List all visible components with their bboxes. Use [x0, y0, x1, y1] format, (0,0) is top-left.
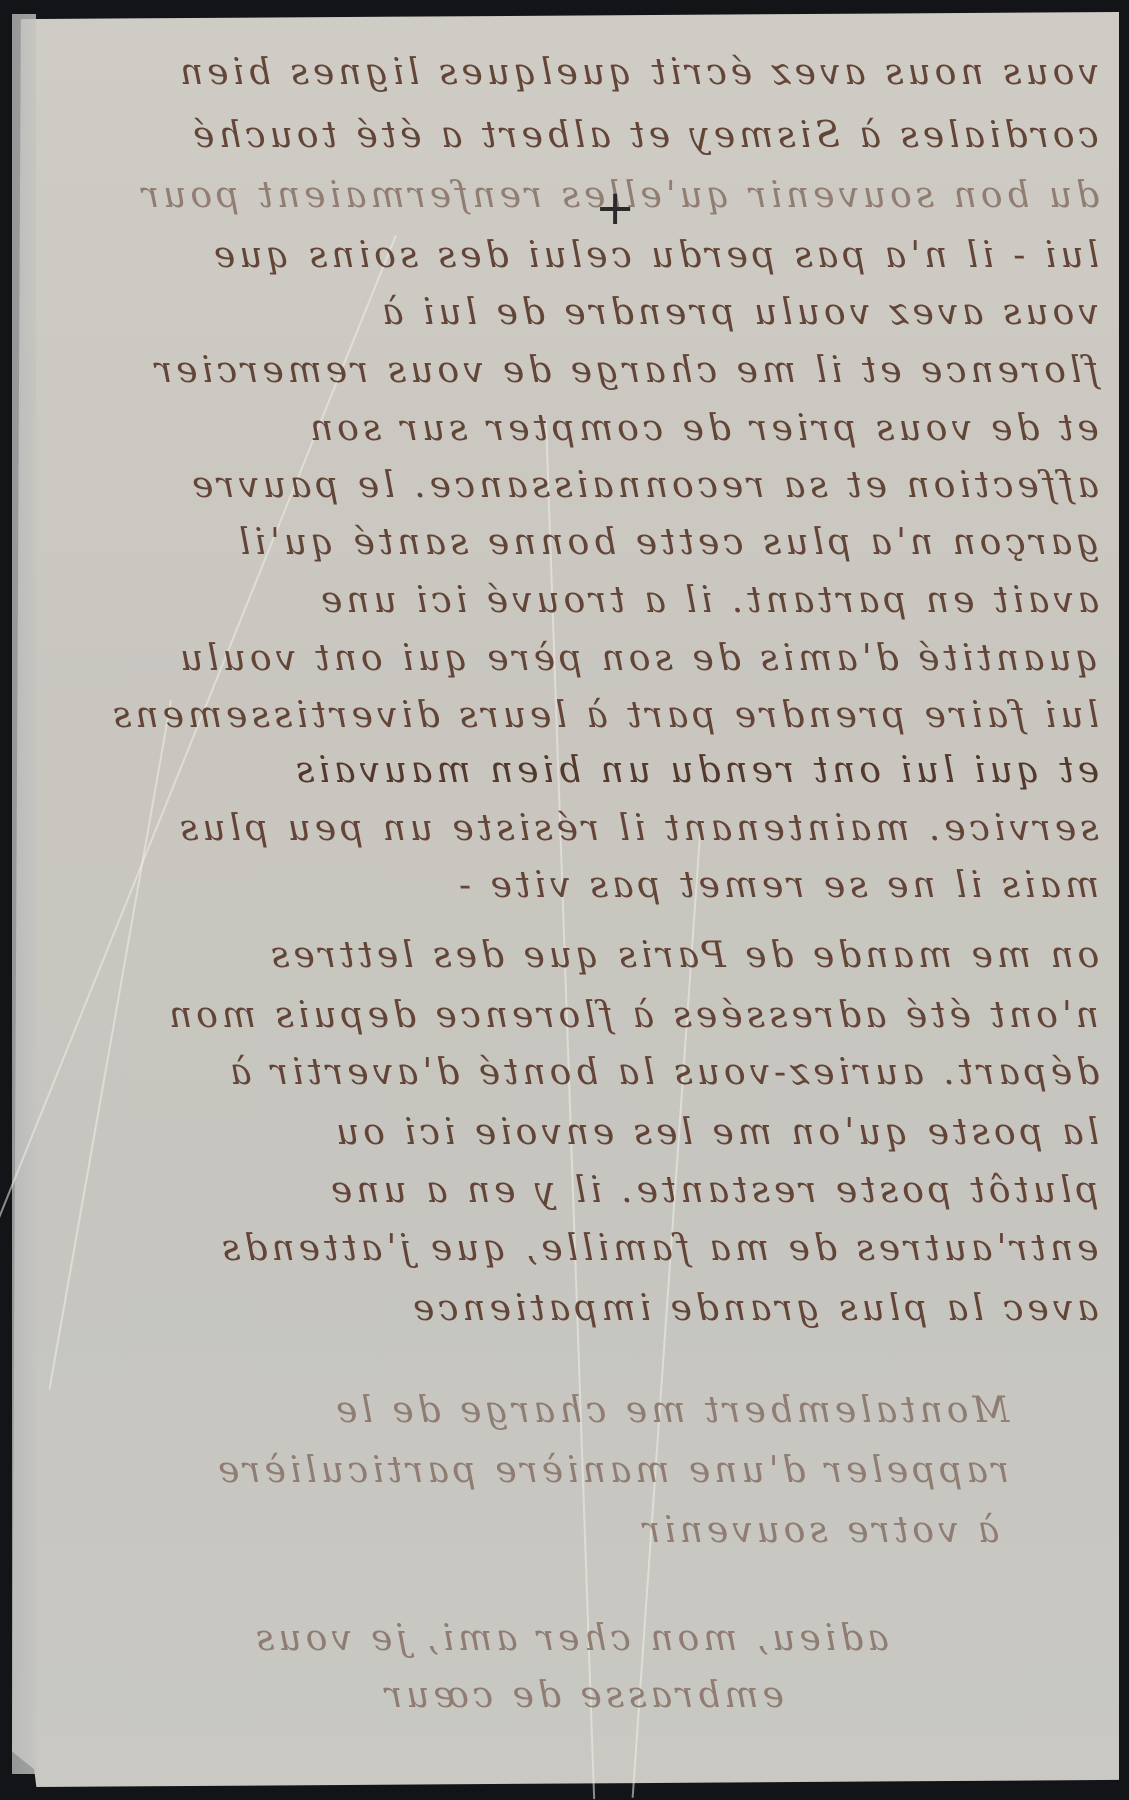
- letter-line: adieu, mon cher ami, je vous: [252, 1618, 889, 1659]
- letter-line: on me mande de Paris que des lettres: [267, 935, 1099, 976]
- letter-line: plutôt poste restante. il y en a une: [327, 1170, 1099, 1211]
- letter-line: cordiales à Sismey et albert a été touch…: [189, 115, 1099, 156]
- letter-line: et qui lui ont rendu un bien mauvais: [292, 750, 1099, 791]
- letter-line: vous avez voulu prendre de lui à: [378, 292, 1099, 333]
- letter-line: à votre souvenir: [639, 1510, 999, 1551]
- letter-line: n'ont été adressées à florence depuis mo…: [165, 995, 1099, 1036]
- letter-line: vous nous avez écrit quelques lignes bie…: [176, 52, 1099, 93]
- letter-line: affection et sa reconnaissance. le pauvr…: [188, 465, 1099, 506]
- letter-line: entr'autres de ma famille, que j'attends: [218, 1228, 1099, 1269]
- letter-line: embrasse de cœur: [381, 1675, 784, 1716]
- stray-cross-mark: +: [595, 180, 635, 236]
- letter-line: et de vous prier de compter sur son: [306, 408, 1099, 449]
- letter-line: florence et il me charge de vous remerci…: [151, 350, 1099, 391]
- letter-line: la poste qu'on me les envoie ici ou: [332, 1112, 1099, 1153]
- letter-line: rappeler d'une manière particulière: [214, 1450, 1009, 1491]
- letter-body: vous nous avez écrit quelques lignes bie…: [0, 0, 1129, 1800]
- letter-line: service. maintenant il résiste un peu pl…: [176, 808, 1099, 849]
- letter-line: garçon n'a plus cette bonne santé qu'il: [235, 522, 1099, 563]
- letter-line: départ. auriez-vous la bonté d'avertir à: [226, 1052, 1099, 1093]
- letter-line: avec la plus grande impatience: [409, 1288, 1099, 1329]
- letter-line: lui faire prendre part à leurs divertiss…: [109, 695, 1099, 736]
- letter-line: lui - il n'a pas perdu celui des soins q…: [210, 235, 1099, 276]
- letter-line: Montalembert me charge de le: [332, 1390, 1009, 1431]
- letter-line: avait en partant. il a trouvé ici une: [317, 580, 1099, 621]
- letter-line: mais il ne se remet pas vite -: [455, 865, 1099, 906]
- letter-line: quantité d'amis de son père qui ont voul…: [176, 638, 1099, 679]
